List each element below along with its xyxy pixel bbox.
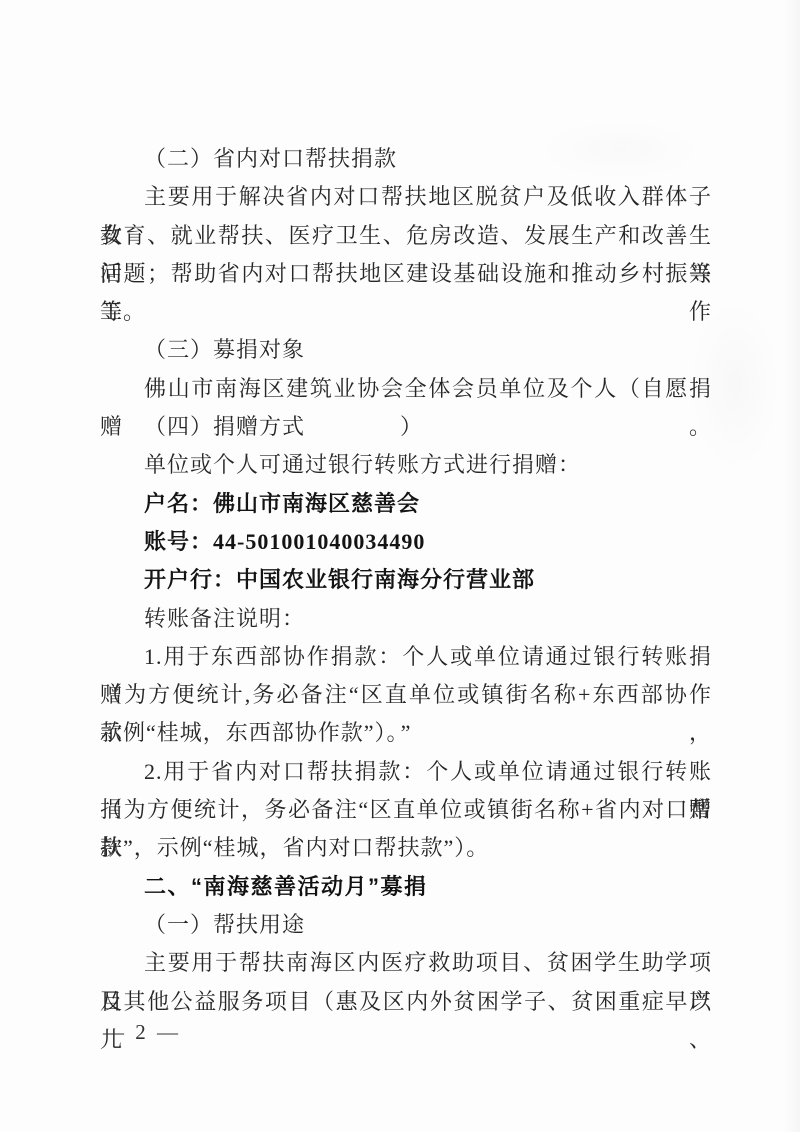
- note1-line: （为方便统计,务必备注“区直单位或镇街名称+东西部协作款”，: [100, 676, 712, 714]
- scan-edge-artifact: [784, 0, 800, 1132]
- section2-body-line: 教育、就业帮扶、医疗卫生、危房改造、发展生产和改善生活等: [100, 217, 712, 255]
- part2-body-line: 主要用于帮扶南海区内医疗救助项目、贫困学生助学项目以: [100, 944, 712, 982]
- note2-line: （为方便统计，务必备注“区直单位或镇街名称+省内对口帮扶: [100, 791, 712, 829]
- bank-holder-line: 户名：佛山市南海区慈善会: [100, 485, 712, 523]
- bank-branch-value: 中国农业银行南海分行营业部: [236, 567, 535, 592]
- section2-body-line: 主要用于解决省内对口帮扶地区脱贫户及低收入群体子女: [100, 178, 712, 216]
- bank-number-value: 44-501001040034490: [213, 529, 425, 554]
- bank-holder-value: 佛山市南海区慈善会: [213, 491, 420, 516]
- part2-sub-heading: （一）帮扶用途: [100, 906, 712, 944]
- note1-line: 1.用于东西部协作捐款：个人或单位请通过银行转账捐赠: [100, 638, 712, 676]
- document-page: （二）省内对口帮扶捐款 主要用于解决省内对口帮扶地区脱贫户及低收入群体子女 教育…: [0, 0, 800, 1132]
- part2-heading: 二、“南海慈善活动月”募捐: [100, 868, 712, 906]
- section3-body-line: 佛山市南海区建筑业协会全体会员单位及个人（自愿捐赠）。: [100, 370, 712, 408]
- section4-intro-line: 单位或个人可通过银行转账方式进行捐赠：: [100, 446, 712, 484]
- note2-line: 款”，示例“桂城，省内对口帮扶款”）。: [100, 829, 712, 867]
- document-body: （二）省内对口帮扶捐款 主要用于解决省内对口帮扶地区脱贫户及低收入群体子女 教育…: [100, 140, 712, 1021]
- section2-body-line: 问题；帮助省内对口帮扶地区建设基础设施和推动乡村振兴工作: [100, 255, 712, 293]
- page-number: — 2 —: [103, 1020, 181, 1045]
- section3-heading: （三）募捐对象: [100, 331, 712, 369]
- bank-number-label: 账号：: [144, 529, 213, 554]
- part2-body-line: 及其他公益服务项目（惠及区内外贫困学子、贫困重症早产儿、: [100, 983, 712, 1021]
- bank-branch-line: 开户行：中国农业银行南海分行营业部: [100, 561, 712, 599]
- bank-number-line: 账号：44-501001040034490: [100, 523, 712, 561]
- section2-heading: （二）省内对口帮扶捐款: [100, 140, 712, 178]
- bank-branch-label: 开户行：: [144, 567, 236, 592]
- bank-holder-label: 户名：: [144, 491, 213, 516]
- note2-line: 2.用于省内对口帮扶捐款：个人或单位请通过银行转账捐赠: [100, 753, 712, 791]
- remark-title-line: 转账备注说明：: [100, 600, 712, 638]
